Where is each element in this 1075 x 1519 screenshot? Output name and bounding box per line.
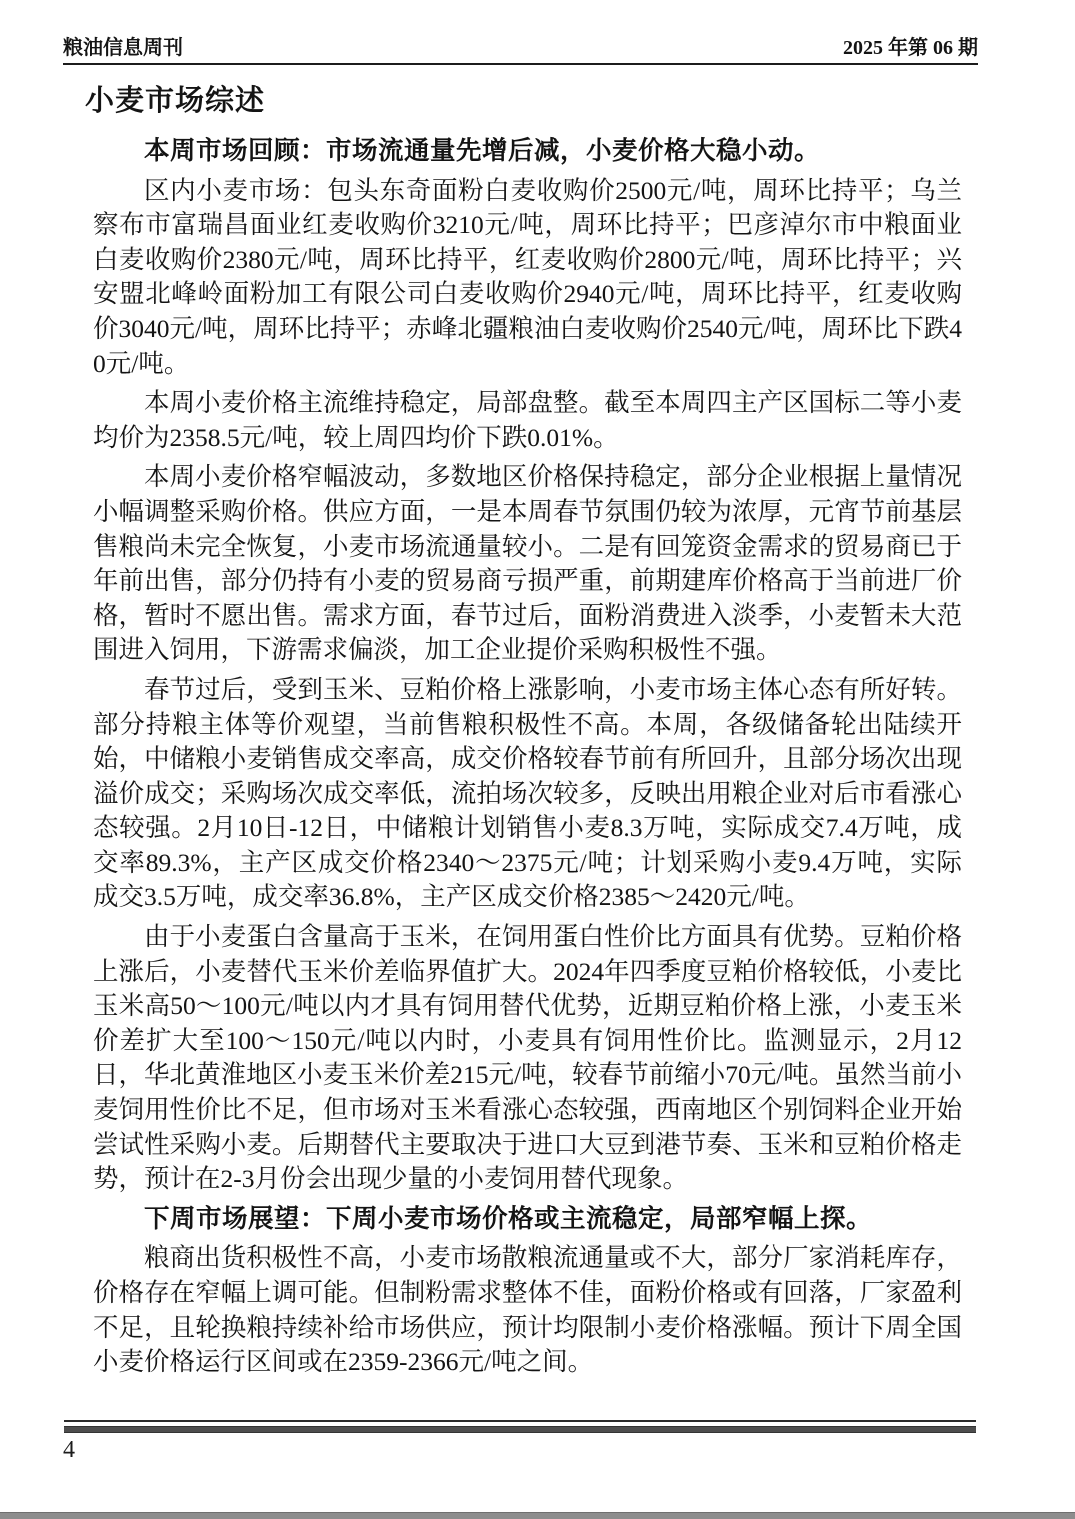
header-issue-number: 2025 年第 06 期 bbox=[843, 36, 978, 60]
article-body: 本周市场回顾：市场流通量先增后减，小麦价格大稳小动。 区内小麦市场：包头东奇面粉… bbox=[93, 134, 962, 1380]
footer-rule-thick bbox=[64, 1426, 976, 1433]
paragraph-outlook-heading: 下周市场展望：下周小麦市场价格或主流稳定，局部窄幅上探。 bbox=[93, 1202, 962, 1237]
page-bottom-edge bbox=[0, 1512, 1075, 1519]
section-title: 小麦市场综述 bbox=[85, 84, 265, 118]
paragraph-weekly-average-price: 本周小麦价格主流维持稳定，局部盘整。截至本周四主产区国标二等小麦均价为2358.… bbox=[93, 386, 962, 455]
paragraph-reserve-auction-results: 春节过后，受到玉米、豆粕价格上涨影响，小麦市场主体心态有所好转。部分持粮主体等价… bbox=[93, 673, 962, 915]
paragraph-regional-wheat-prices: 区内小麦市场：包头东奇面粉白麦收购价2500元/吨，周环比持平；乌兰察布市富瑞昌… bbox=[93, 174, 962, 382]
paragraph-supply-demand-analysis: 本周小麦价格窄幅波动，多数地区价格保持稳定，部分企业根据上量情况小幅调整采购价格… bbox=[93, 460, 962, 668]
paragraph-next-week-forecast: 粮商出货积极性不高，小麦市场散粮流通量或不大，部分厂家消耗库存，价格存在窄幅上调… bbox=[93, 1241, 962, 1379]
page-number: 4 bbox=[63, 1436, 75, 1464]
running-header: 粮油信息周刊 2025 年第 06 期 bbox=[63, 36, 978, 65]
header-publication-title: 粮油信息周刊 bbox=[63, 36, 183, 60]
paragraph-feed-substitution-analysis: 由于小麦蛋白含量高于玉米，在饲用蛋白性价比方面具有优势。豆粕价格上涨后，小麦替代… bbox=[93, 920, 962, 1197]
footer-rule-thin bbox=[64, 1420, 976, 1422]
document-page: 粮油信息周刊 2025 年第 06 期 小麦市场综述 本周市场回顾：市场流通量先… bbox=[0, 0, 1075, 1519]
paragraph-market-review-heading: 本周市场回顾：市场流通量先增后减，小麦价格大稳小动。 bbox=[93, 134, 962, 169]
